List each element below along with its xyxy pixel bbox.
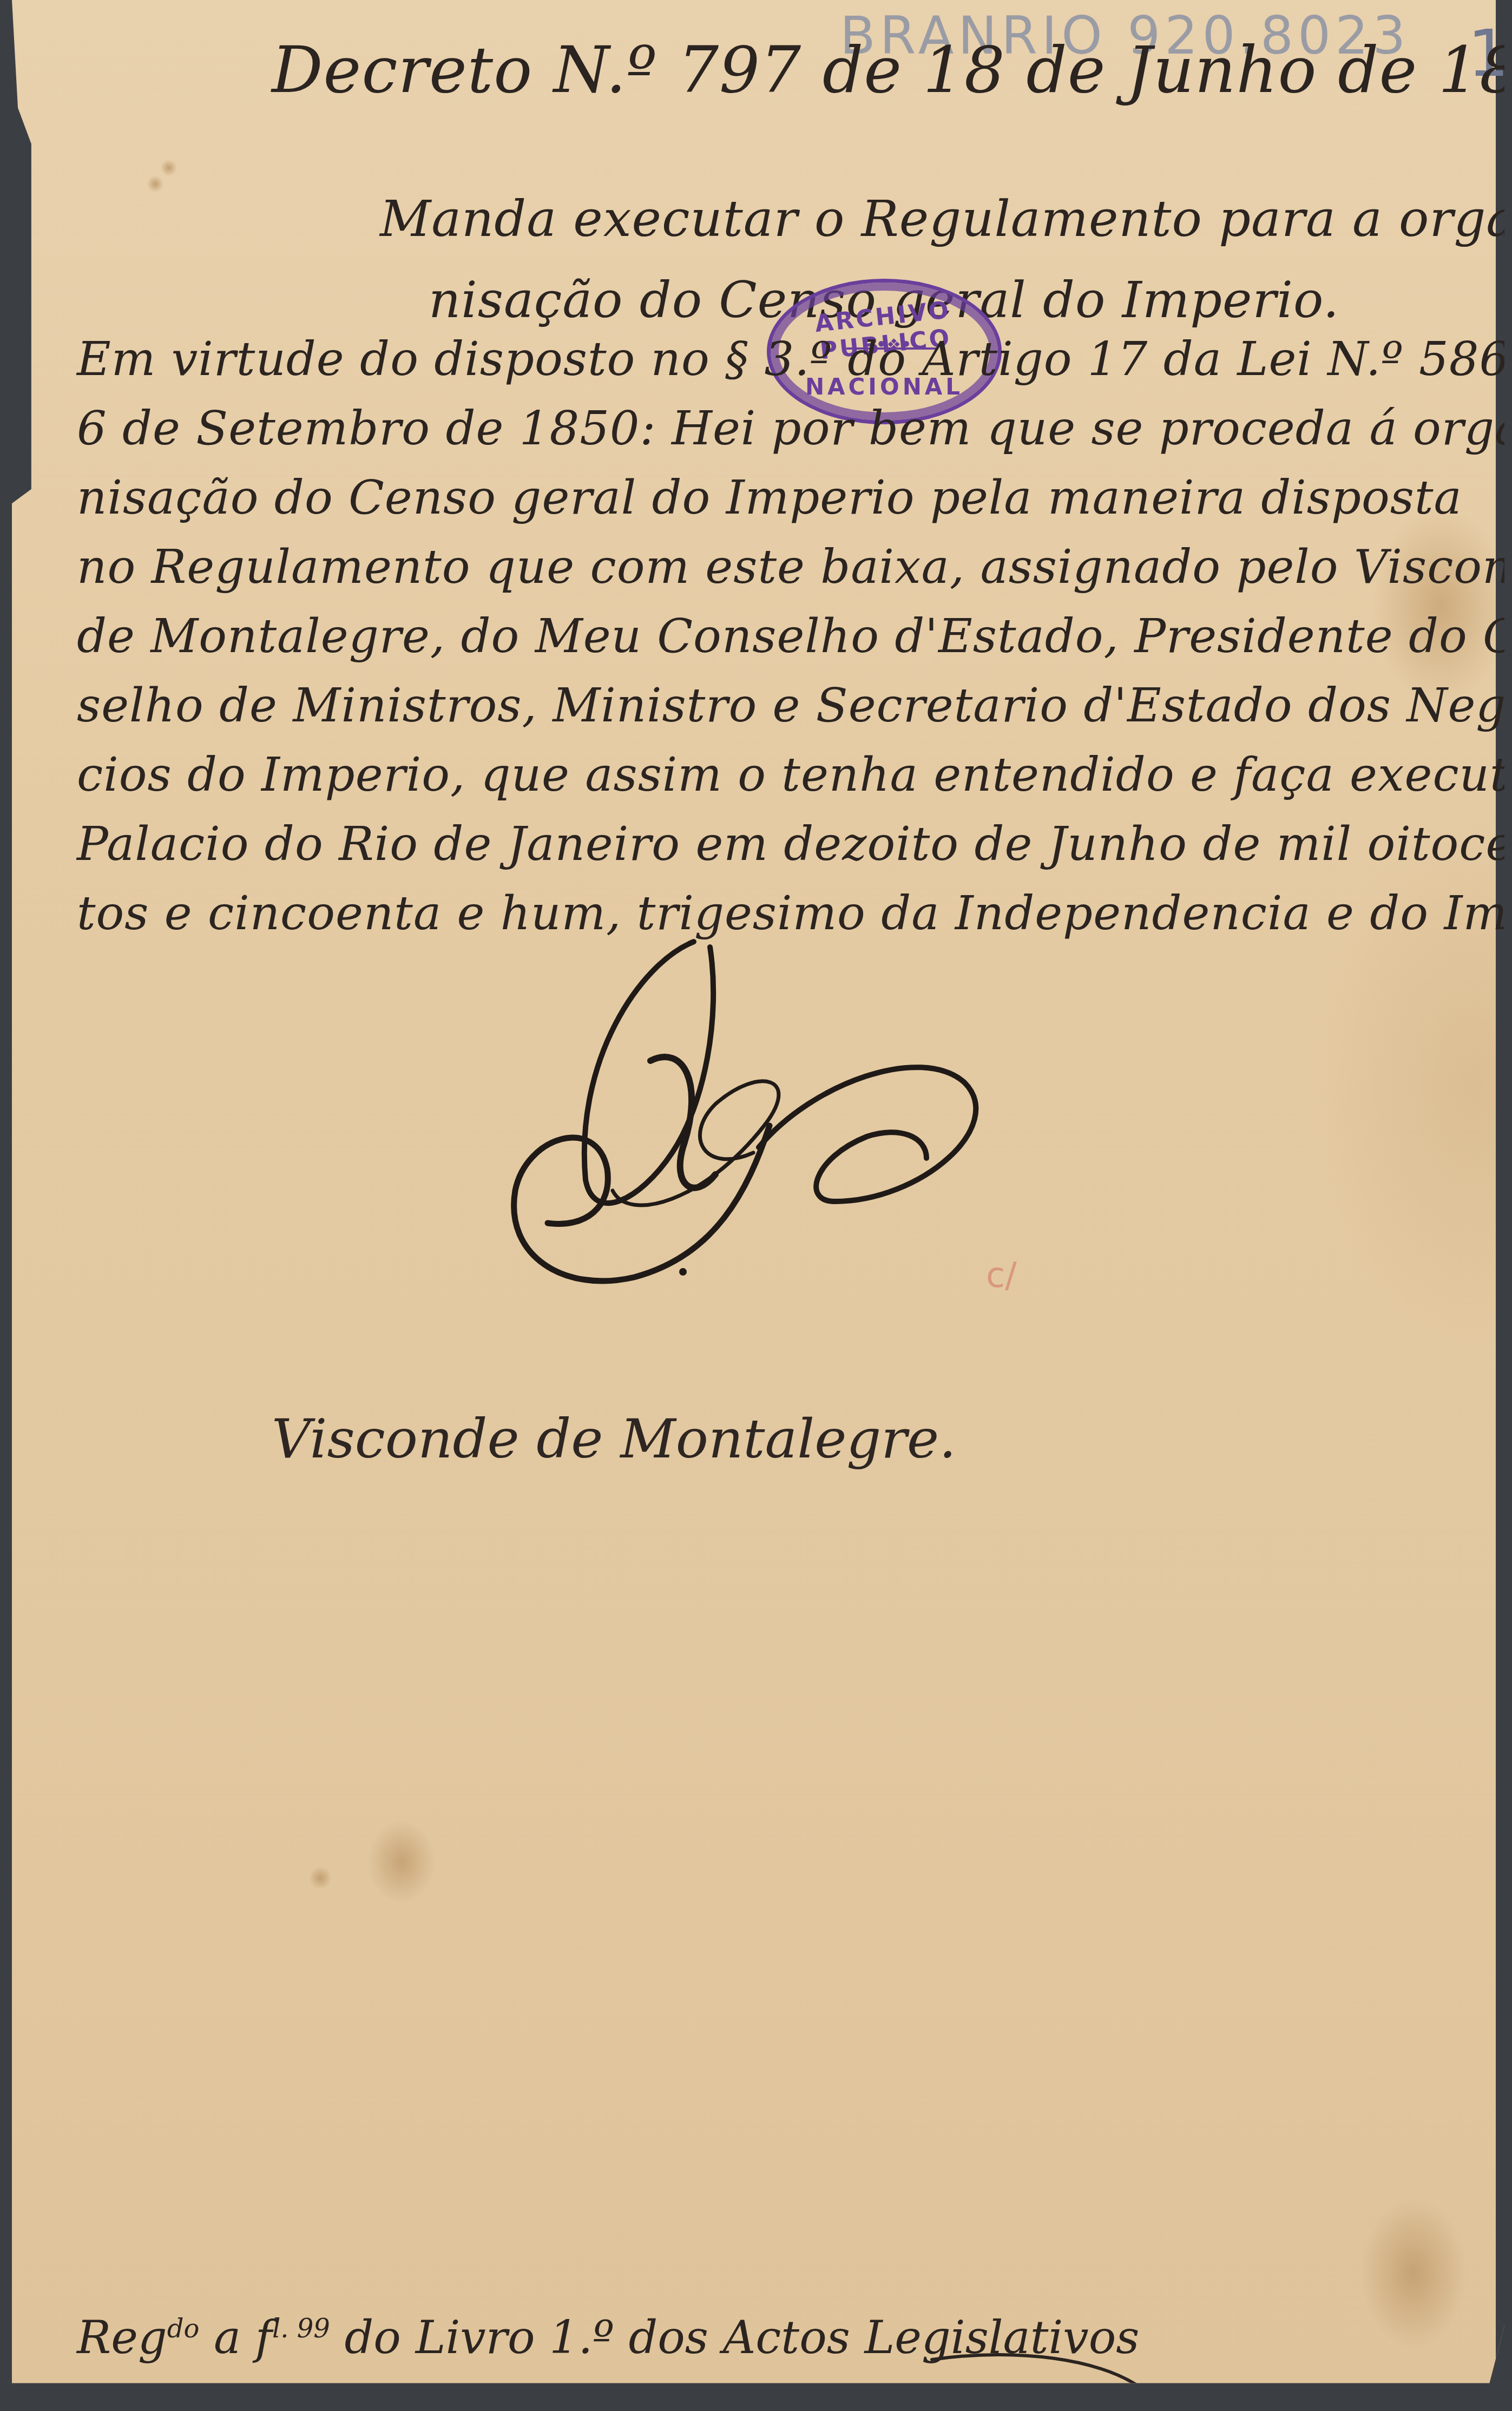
decree-title: Decreto N.º 797 de 18 de Junho de 1851.	[272, 32, 1512, 107]
body-line: de Montalegre, do Meu Conselho d'Estado,…	[77, 602, 1512, 671]
imperial-monogram-icon	[477, 920, 1008, 1288]
body-line: Palacio do Rio de Janeiro em dezoito de …	[77, 810, 1512, 879]
body-line: nisação do Censo geral do Imperio pela m…	[77, 463, 1512, 533]
registry-folio-sup: l. 99	[272, 2314, 330, 2344]
registry-prefix: Reg	[77, 2311, 167, 2364]
minister-signature: Visconde de Montalegre.	[272, 1407, 956, 1470]
body-line: 6 de Setembro de 1850: Hei por bem que s…	[77, 394, 1512, 463]
document-page: BRANRIO 920.8023 1 Decreto N.º 797 de 18…	[12, 0, 1504, 2397]
subtitle-line: Manda executar o Regulamento para a orga…	[380, 190, 1512, 248]
body-line: cios do Imperio, que assim o tenha enten…	[77, 740, 1512, 810]
body-line: no Regulamento que com este baixa, assig…	[77, 533, 1512, 602]
decree-body: Em virtude do disposto no § 3.º do Artig…	[77, 325, 1512, 948]
registry-folio: a f	[214, 2311, 272, 2364]
red-pencil-mark: c/	[986, 1256, 1017, 1296]
registry-prefix-sup: do	[167, 2314, 200, 2344]
flourish-icon	[926, 2338, 1170, 2403]
body-line: selho de Ministros, Ministro e Secretari…	[77, 671, 1512, 740]
body-line: Em virtude do disposto no § 3.º do Artig…	[77, 325, 1512, 394]
